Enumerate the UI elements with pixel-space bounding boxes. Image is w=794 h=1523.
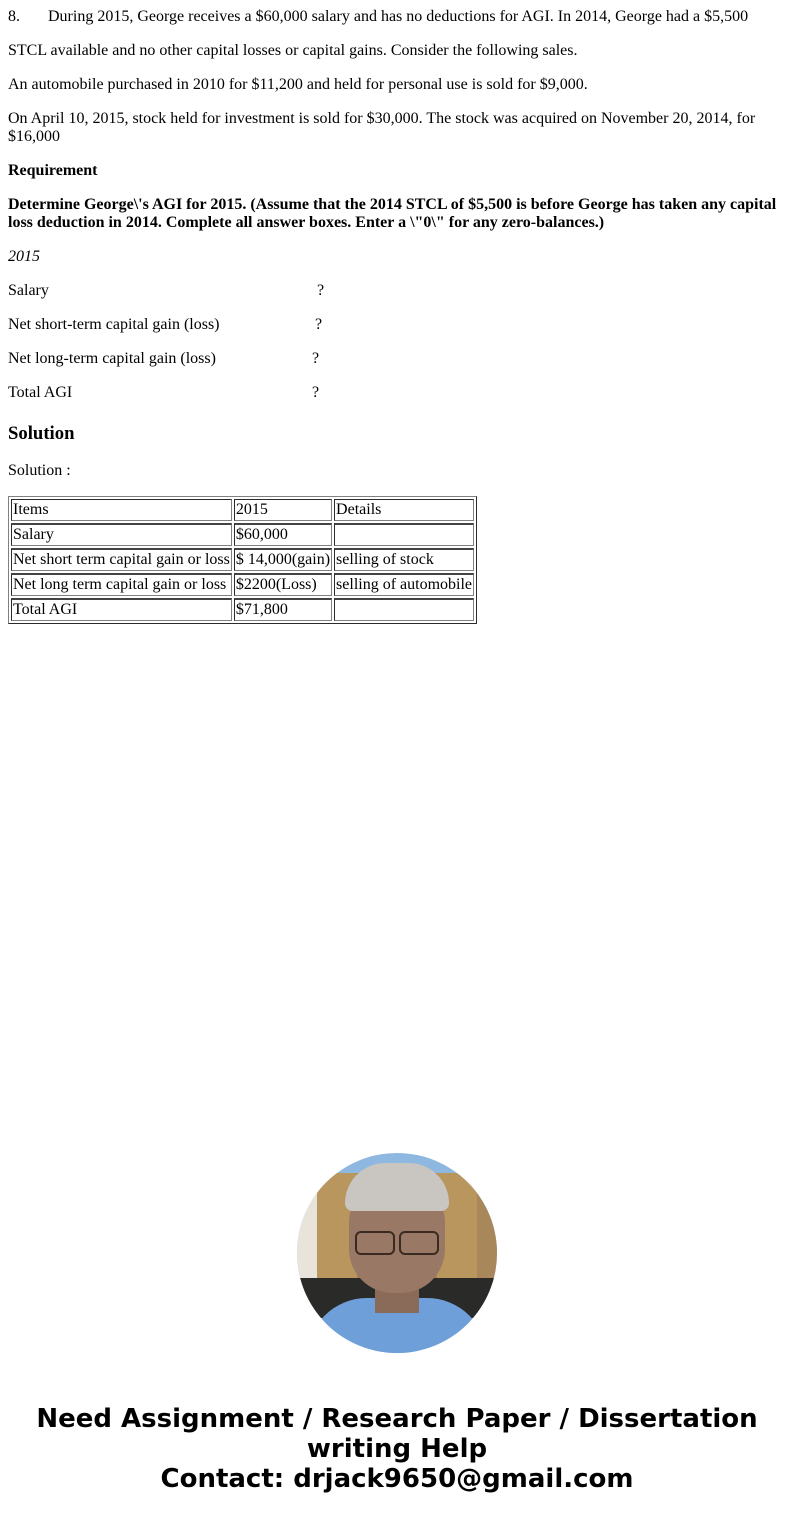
table-cell: $71,800 [234, 598, 332, 621]
table-cell [334, 523, 474, 546]
footer-contact-email: Contact: drjack9650@gmail.com [0, 1464, 794, 1494]
table-cell: Salary [11, 523, 232, 546]
table-cell [334, 598, 474, 621]
question-intro: 8.During 2015, George receives a $60,000… [8, 8, 786, 26]
table-cell: $60,000 [234, 523, 332, 546]
table-cell: selling of stock [334, 548, 474, 571]
table-header-row: Items 2015 Details [11, 499, 474, 521]
table-row: Net short term capital gain or loss $ 14… [11, 548, 474, 571]
answer-value: ? [317, 282, 324, 300]
question-line-1: During 2015, George receives a $60,000 s… [48, 8, 748, 25]
table-row: Total AGI $71,800 [11, 598, 474, 621]
avatar-glasses-icon [355, 1231, 439, 1253]
sale-stock: On April 10, 2015, stock held for invest… [8, 110, 786, 146]
answer-row-total-agi: Total AGI ? [8, 384, 786, 402]
table-header-cell: 2015 [234, 499, 332, 521]
avatar-hair [345, 1163, 449, 1211]
answer-row-short-term: Net short-term capital gain (loss) ? [8, 316, 786, 334]
table-cell: $2200(Loss) [234, 573, 332, 596]
footer-line-1: Need Assignment / Research Paper / Disse… [0, 1404, 794, 1434]
question-number: 8. [8, 8, 48, 26]
footer-line-2: writing Help [0, 1434, 794, 1464]
table-cell: Net long term capital gain or loss [11, 573, 232, 596]
table-header-cell: Items [11, 499, 232, 521]
answer-label: Total AGI [8, 384, 72, 402]
contact-footer: Need Assignment / Research Paper / Disse… [0, 1404, 794, 1494]
table-cell: $ 14,000(gain) [234, 548, 332, 571]
table-row: Salary $60,000 [11, 523, 474, 546]
table-row: Net long term capital gain or loss $2200… [11, 573, 474, 596]
answer-row-long-term: Net long-term capital gain (loss) ? [8, 350, 786, 368]
year-label: 2015 [8, 248, 786, 266]
tutor-avatar-icon [297, 1153, 497, 1353]
solution-table: Items 2015 Details Salary $60,000 Net sh… [8, 496, 477, 624]
requirement-text: Determine George\'s AGI for 2015. (Assum… [8, 196, 786, 232]
table-cell: Total AGI [11, 598, 232, 621]
answer-value: ? [315, 316, 322, 334]
table-cell: Net short term capital gain or loss [11, 548, 232, 571]
answer-value: ? [312, 350, 319, 368]
requirement-heading: Requirement [8, 162, 786, 180]
answer-label: Salary [8, 282, 49, 300]
sale-automobile: An automobile purchased in 2010 for $11,… [8, 76, 786, 94]
solution-heading: Solution [8, 424, 786, 444]
answer-label: Net short-term capital gain (loss) [8, 316, 220, 334]
answer-label: Net long-term capital gain (loss) [8, 350, 216, 368]
table-header-cell: Details [334, 499, 474, 521]
table-cell: selling of automobile [334, 573, 474, 596]
answer-row-salary: Salary ? [8, 282, 786, 300]
answer-value: ? [312, 384, 319, 402]
document-content: 8.During 2015, George receives a $60,000… [0, 0, 794, 624]
question-line-2: STCL available and no other capital loss… [8, 42, 786, 60]
solution-intro: Solution : [8, 462, 786, 480]
